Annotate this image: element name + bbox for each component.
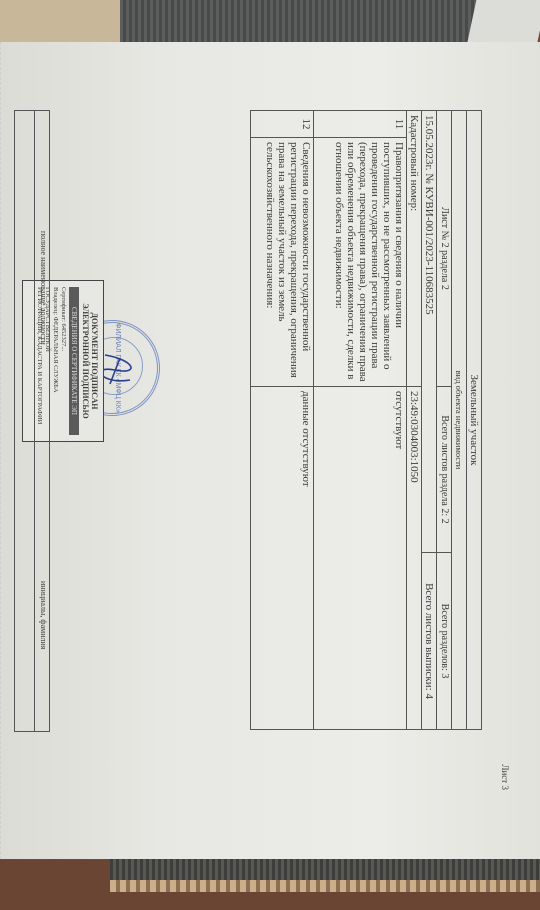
table-row: 11 Правопритязания и сведения о наличии … bbox=[314, 111, 407, 730]
background-floor bbox=[0, 0, 130, 45]
row-label: Сведения о невозможности государственной… bbox=[251, 138, 314, 387]
sheets-total: Всего листов выписки: 4 bbox=[422, 553, 437, 730]
background-rug-fringe bbox=[110, 880, 540, 892]
esign-bar: СВЕДЕНИЯ О СЕРТИФИКАТЕ ЭП bbox=[69, 287, 79, 435]
row-number: 11 bbox=[314, 111, 407, 138]
esign-title-2: ЭЛЕКТРОННОЙ ПОДПИСЬЮ bbox=[81, 281, 90, 441]
object-type: Земельный участок bbox=[467, 111, 482, 730]
row-value: данные отсутствуют bbox=[251, 387, 314, 730]
sheet-of-section: Лист № 2 раздела 2 bbox=[437, 111, 452, 387]
esign-title-1: ДОКУМЕНТ ПОДПИСАН bbox=[90, 281, 99, 441]
page-label: Лист 3 bbox=[500, 764, 510, 790]
row-number: 12 bbox=[251, 111, 314, 138]
sheets-in-section: Всего листов раздела 2: 2 bbox=[437, 387, 452, 553]
background-rug-top bbox=[120, 0, 490, 45]
document-sheet: Лист 3 Земельный участок вид объекта нед… bbox=[0, 50, 540, 830]
cadastral-number: 23:49:0304003:1050 bbox=[407, 387, 422, 730]
row-value: отсутствуют bbox=[314, 387, 407, 730]
extract-table: Земельный участок вид объекта недвижимос… bbox=[250, 110, 482, 730]
name-caption: инициалы, фамилия bbox=[39, 581, 48, 649]
esign-cert-1: Сертификат: 6452327... bbox=[59, 281, 67, 441]
object-type-caption: вид объекта недвижимости bbox=[452, 111, 467, 730]
row-label: Правопритязания и сведения о наличии пос… bbox=[314, 138, 407, 387]
sections-total: Всего разделов: 3 bbox=[437, 553, 452, 730]
position-caption: полное наименование должности bbox=[39, 231, 48, 345]
signature-footer: полное наименование должности инициалы, … bbox=[14, 110, 50, 732]
cadastral-label: Кадастровый номер: bbox=[407, 111, 422, 387]
request-ref: 15.05.2023г. № КУВИ-001/2023-110683525 bbox=[422, 111, 437, 553]
table-row: 12 Сведения о невозможности государствен… bbox=[251, 111, 314, 730]
